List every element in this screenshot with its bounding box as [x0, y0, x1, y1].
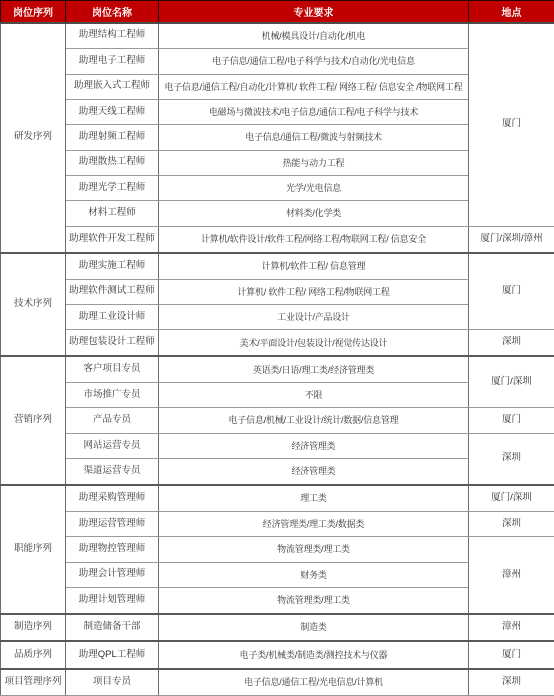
position-cell: 助理软件测试工程师 [66, 279, 159, 304]
table-row: 技术序列助理实施工程师计算机/软件工程/ 信息管理厦门 [1, 253, 554, 279]
location-cell: 厦门 [469, 253, 554, 330]
table-row: 项目管理序列项目专员电子信息/通信工程/光电信息/计算机深圳 [1, 669, 554, 696]
series-cell: 职能序列 [1, 485, 66, 614]
major-cell: 物流管理类/理工类 [159, 537, 469, 562]
location-cell: 漳州 [469, 614, 554, 641]
position-cell: 材料工程师 [66, 201, 159, 226]
series-cell: 营销序列 [1, 356, 66, 485]
table-header: 岗位序列 岗位名称 专业要求 地点 [1, 1, 554, 23]
series-cell: 研发序列 [1, 23, 66, 253]
table-row: 研发序列助理结构工程师机械/模具设计/自动化/机电厦门 [1, 23, 554, 49]
major-cell: 英语类/日语/理工类/经济管理类 [159, 356, 469, 382]
major-cell: 经济管理类/理工类/数据类 [159, 511, 469, 536]
position-cell: 助理实施工程师 [66, 253, 159, 279]
table-row: 品质序列助理QPL工程师电子类/机械类/制造类/测控技术与仪器厦门 [1, 641, 554, 668]
major-cell: 电子类/机械类/制造类/测控技术与仪器 [159, 641, 469, 668]
position-cell: 市场推广专员 [66, 383, 159, 408]
major-cell: 热能与动力工程 [159, 150, 469, 175]
position-cell: 助理物控管理师 [66, 537, 159, 562]
position-cell: 制造储备干部 [66, 614, 159, 641]
position-cell: 助理嵌入式工程师 [66, 74, 159, 99]
location-cell: 厦门/深圳 [469, 356, 554, 408]
position-cell: 助理采购管理师 [66, 485, 159, 511]
series-cell: 制造序列 [1, 614, 66, 641]
position-cell: 助理结构工程师 [66, 23, 159, 49]
position-cell: 助理天线工程师 [66, 100, 159, 125]
position-cell: 助理计划管理师 [66, 588, 159, 614]
location-cell: 厦门 [469, 641, 554, 668]
major-cell: 电磁场与微波技术/电子信息/通信工程/电子科学与技术 [159, 100, 469, 125]
position-cell: 网站运营专员 [66, 433, 159, 458]
major-cell: 计算机/软件设计/软件工程/网络工程/物联网工程/ 信息安全 [159, 226, 469, 252]
major-cell: 经济管理类 [159, 459, 469, 485]
header-cell-major: 专业要求 [159, 1, 469, 23]
table-row: 职能序列助理采购管理师理工类厦门/深圳 [1, 485, 554, 511]
major-cell: 计算机/ 软件工程/ 网络工程/物联网工程 [159, 279, 469, 304]
series-cell: 品质序列 [1, 641, 66, 668]
table-row: 助理物控管理师物流管理类/理工类漳州 [1, 537, 554, 562]
series-cell: 项目管理序列 [1, 669, 66, 696]
major-cell: 电子信息/通信工程/光电信息/计算机 [159, 669, 469, 696]
major-cell: 光学/光电信息 [159, 176, 469, 201]
position-cell: 助理射频工程师 [66, 125, 159, 150]
position-cell: 渠道运营专员 [66, 459, 159, 485]
major-cell: 电子信息/通信工程/微波与射频技术 [159, 125, 469, 150]
position-cell: 助理工业设计师 [66, 304, 159, 329]
position-cell: 助理包装设计工程师 [66, 330, 159, 356]
location-cell: 深圳 [469, 669, 554, 696]
major-cell: 电子信息/机械/工业设计/统计/数据/信息管理 [159, 408, 469, 433]
series-cell: 技术序列 [1, 253, 66, 357]
location-cell: 厦门/深圳 [469, 485, 554, 511]
major-cell: 计算机/软件工程/ 信息管理 [159, 253, 469, 279]
table-row: 助理软件开发工程师计算机/软件设计/软件工程/网络工程/物联网工程/ 信息安全厦… [1, 226, 554, 252]
location-cell: 漳州 [469, 537, 554, 614]
location-cell: 厦门/深圳/漳州 [469, 226, 554, 252]
major-cell: 工业设计/产品设计 [159, 304, 469, 329]
location-cell: 厦门 [469, 23, 554, 227]
header-cell-location: 地点 [469, 1, 554, 23]
major-cell: 理工类 [159, 485, 469, 511]
location-cell: 厦门 [469, 408, 554, 433]
location-cell: 深圳 [469, 433, 554, 485]
location-cell: 深圳 [469, 330, 554, 356]
major-cell: 不限 [159, 383, 469, 408]
major-cell: 经济管理类 [159, 433, 469, 458]
major-cell: 美术/平面设计/包装设计/视觉传达设计 [159, 330, 469, 356]
position-cell: 助理光学工程师 [66, 176, 159, 201]
position-cell: 助理散热工程师 [66, 150, 159, 175]
table-row: 网站运营专员经济管理类深圳 [1, 433, 554, 458]
major-cell: 电子信息/通信工程/自动化/计算机/ 软件工程/ 网络工程/ 信息安全 /物联网… [159, 74, 469, 99]
major-cell: 制造类 [159, 614, 469, 641]
position-cell: 助理运营管理师 [66, 511, 159, 536]
header-cell-position: 岗位名称 [66, 1, 159, 23]
position-cell: 客户项目专员 [66, 356, 159, 382]
table-row: 营销序列客户项目专员英语类/日语/理工类/经济管理类厦门/深圳 [1, 356, 554, 382]
position-cell: 项目专员 [66, 669, 159, 696]
major-cell: 电子信息/通信工程/电子科学与技术/自动化/光电信息 [159, 49, 469, 74]
major-cell: 机械/模具设计/自动化/机电 [159, 23, 469, 49]
position-cell: 助理会计管理师 [66, 562, 159, 587]
location-cell: 深圳 [469, 511, 554, 536]
position-cell: 助理软件开发工程师 [66, 226, 159, 252]
header-cell-series: 岗位序列 [1, 1, 66, 23]
position-cell: 助理电子工程师 [66, 49, 159, 74]
position-cell: 助理QPL工程师 [66, 641, 159, 668]
table-body: 研发序列助理结构工程师机械/模具设计/自动化/机电厦门助理电子工程师电子信息/通… [1, 23, 554, 696]
recruitment-table: 岗位序列 岗位名称 专业要求 地点 研发序列助理结构工程师机械/模具设计/自动化… [0, 0, 554, 696]
table-row: 产品专员电子信息/机械/工业设计/统计/数据/信息管理厦门 [1, 408, 554, 433]
table-row: 制造序列制造储备干部制造类漳州 [1, 614, 554, 641]
major-cell: 物流管理类/理工类 [159, 588, 469, 614]
major-cell: 材料类/化学类 [159, 201, 469, 226]
table-row: 助理包装设计工程师美术/平面设计/包装设计/视觉传达设计深圳 [1, 330, 554, 356]
table-row: 助理运营管理师经济管理类/理工类/数据类深圳 [1, 511, 554, 536]
major-cell: 财务类 [159, 562, 469, 587]
position-cell: 产品专员 [66, 408, 159, 433]
header-row: 岗位序列 岗位名称 专业要求 地点 [1, 1, 554, 23]
